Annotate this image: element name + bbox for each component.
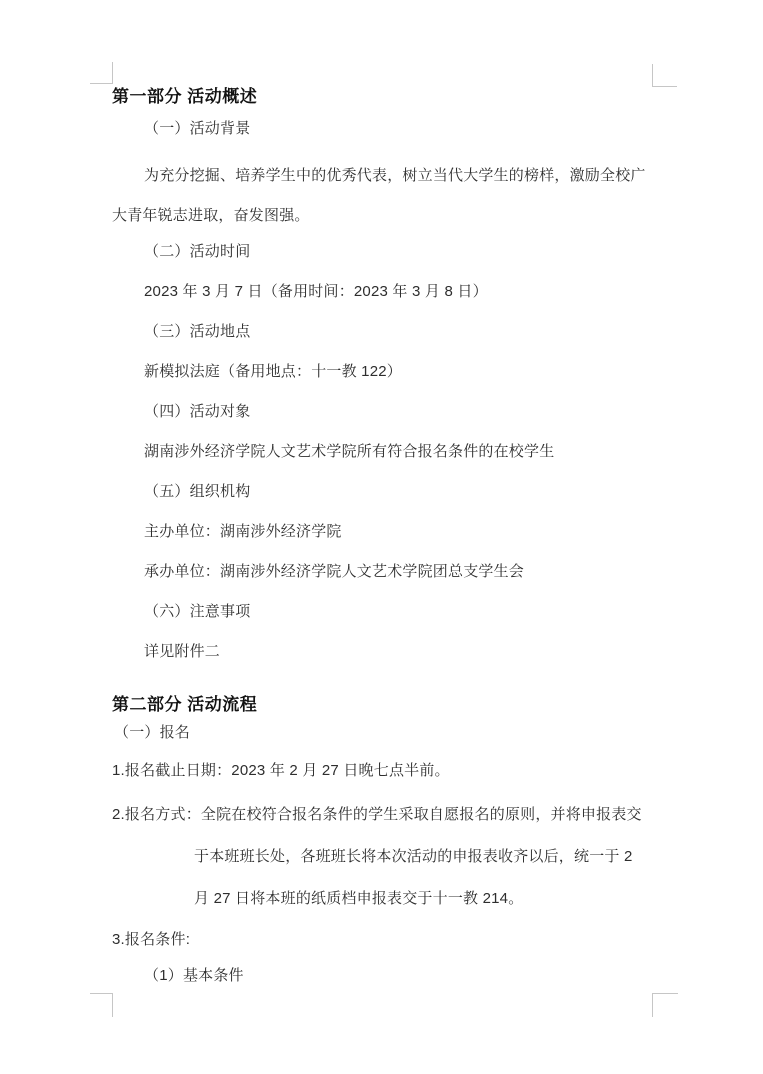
list-item-wrap-line: 月 27 日将本班的纸质档申报表交于十一教 214。 xyxy=(194,890,523,908)
paragraph-line: 湖南涉外经济学院人文艺术学院所有符合报名条件的在校学生 xyxy=(144,443,554,461)
section-title: （二）活动时间 xyxy=(144,243,250,261)
crop-mark-bottom-left xyxy=(90,993,113,1017)
paragraph-line: 新模拟法庭（备用地点：十一教 122） xyxy=(144,363,402,381)
crop-mark-top-left xyxy=(90,62,113,84)
section-title: （三）活动地点 xyxy=(144,323,250,341)
paragraph-line: 主办单位：湖南涉外经济学院 xyxy=(144,523,342,541)
list-item: 1.报名截止日期：2023 年 2 月 27 日晚七点半前。 xyxy=(112,762,450,780)
section-title: （五）组织机构 xyxy=(144,483,250,501)
document-page: 第一部分 活动概述 （一）活动背景 为充分挖掘、培养学生中的优秀代表，树立当代大… xyxy=(0,0,763,1074)
section-title: （一）报名 xyxy=(114,724,190,742)
list-sub-item: （1）基本条件 xyxy=(144,967,244,985)
part2-heading: 第二部分 活动流程 xyxy=(112,696,257,714)
section-title: （六）注意事项 xyxy=(144,603,250,621)
paragraph-line: 承办单位：湖南涉外经济学院人文艺术学院团总支学生会 xyxy=(144,563,524,581)
list-item-wrap-line: 于本班班长处，各班班长将本次活动的申报表收齐以后，统一于 2 xyxy=(194,848,633,866)
section-title: （四）活动对象 xyxy=(144,403,250,421)
paragraph-line: 详见附件二 xyxy=(144,643,220,661)
part1-heading: 第一部分 活动概述 xyxy=(112,88,257,106)
paragraph-line: 为充分挖掘、培养学生中的优秀代表，树立当代大学生的榜样，激励全校广 xyxy=(144,167,646,185)
list-item: 2.报名方式：全院在校符合报名条件的学生采取自愿报名的原则，并将申报表交 xyxy=(112,806,642,824)
section-title: （一）活动背景 xyxy=(144,120,250,138)
paragraph-line: 2023 年 3 月 7 日（备用时间：2023 年 3 月 8 日） xyxy=(144,283,488,301)
crop-mark-top-right xyxy=(652,64,677,87)
paragraph-line: 大青年锐志进取，奋发图强。 xyxy=(112,207,310,225)
crop-mark-bottom-right xyxy=(652,993,678,1017)
list-item: 3.报名条件: xyxy=(112,931,190,949)
